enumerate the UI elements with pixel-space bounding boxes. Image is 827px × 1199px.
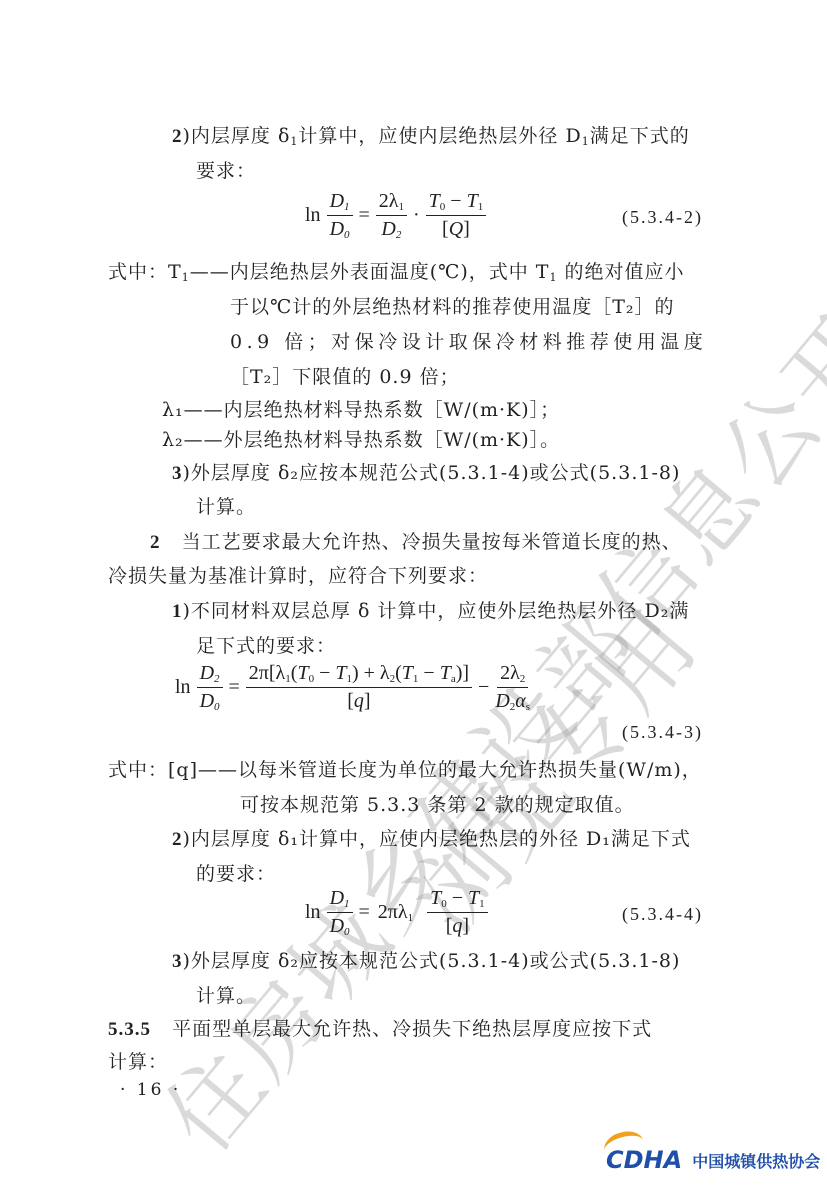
item3-line2: 计算。 [196,494,256,520]
sub1-line2: 足下式的要求： [196,633,336,659]
sub3-line1: 3)外层厚度 δ₂应按本规范公式(5.3.1-4)或公式(5.3.1-8) [172,948,680,975]
where-t1-line2: 于以℃计的外层绝热材料的推荐使用温度［T₂］的 [230,294,675,320]
formula-5-3-4-3: ln D2D0 = 2π[λ1(T0 − T1) + λ2(T1 − Ta)][… [175,662,536,713]
item2-line2: 要求： [196,158,256,184]
association-name: 中国城镇供热协会 [692,1149,820,1172]
page-number: · 16 · [120,1080,181,1100]
document-page: 住房城乡建设部信息公开 浏览专用 2)内层厚度 δ1计算中，应使内层绝热层外径 … [0,0,827,1199]
clause2-line1: 2 当工艺要求最大允许热、冷损失量按每米管道长度的热、 [150,529,682,556]
equation-number: (5.3.4-2) [622,207,703,228]
sub2-line2: 的要求： [196,861,276,887]
where-t1-line3: 0.9 倍；对保冷设计取保冷材料推荐使用温度 [230,329,707,355]
section-5-3-5-line1: 5.3.5 平面型单层最大允许热、冷损失下绝热层厚度应按下式 [108,1016,652,1043]
item2-line1: 2)内层厚度 δ1计算中，应使内层绝热层外径 D1满足下式的 [172,123,690,155]
where-q-line1: 式中：[q]——以每米管道长度为单位的最大允许热损失量(W/m)， [108,757,702,783]
cdha-mark-icon: CDHA [606,1146,682,1174]
cdha-logo: CDHA 中国城镇供热协会 [606,1146,820,1174]
formula-5-3-4-4: ln D1D0 = 2πλ1 T0 − T1[q] [305,887,494,938]
equation-number: (5.3.4-3) [622,722,703,743]
lambda2-def: λ₂——外层绝热材料导热系数［W/(m·K)］。 [162,427,560,453]
sub1-line1: 1)不同材料双层总厚 δ 计算中，应使外层绝热层外径 D₂满 [172,598,689,625]
sub3-line2: 计算。 [196,983,256,1009]
item3-line1: 3)外层厚度 δ₂应按本规范公式(5.3.1-4)或公式(5.3.1-8) [172,460,680,487]
clause2-line2: 冷损失量为基准计算时，应符合下列要求： [108,563,488,589]
where-q-line2: 可按本规范第 5.3.3 条第 2 款的规定取值。 [240,792,635,818]
lambda1-def: λ₁——内层绝热材料导热系数［W/(m·K)］； [162,397,560,423]
sub2-line1: 2)内层厚度 δ₁计算中，应使内层绝热层的外径 D₁满足下式 [172,826,691,853]
formula-5-3-4-2: ln D1D0 = 2λ1D2 · T0 − T1[Q] [305,190,492,241]
section-5-3-5-line2: 计算： [108,1049,168,1075]
where-t1-line4: ［T₂］下限值的 0.9 倍； [230,364,460,390]
where-t1-line1: 式中：T1——内层绝热层外表面温度(℃)，式中 T1 的绝对值应小 [108,259,685,291]
equation-number: (5.3.4-4) [622,904,703,925]
